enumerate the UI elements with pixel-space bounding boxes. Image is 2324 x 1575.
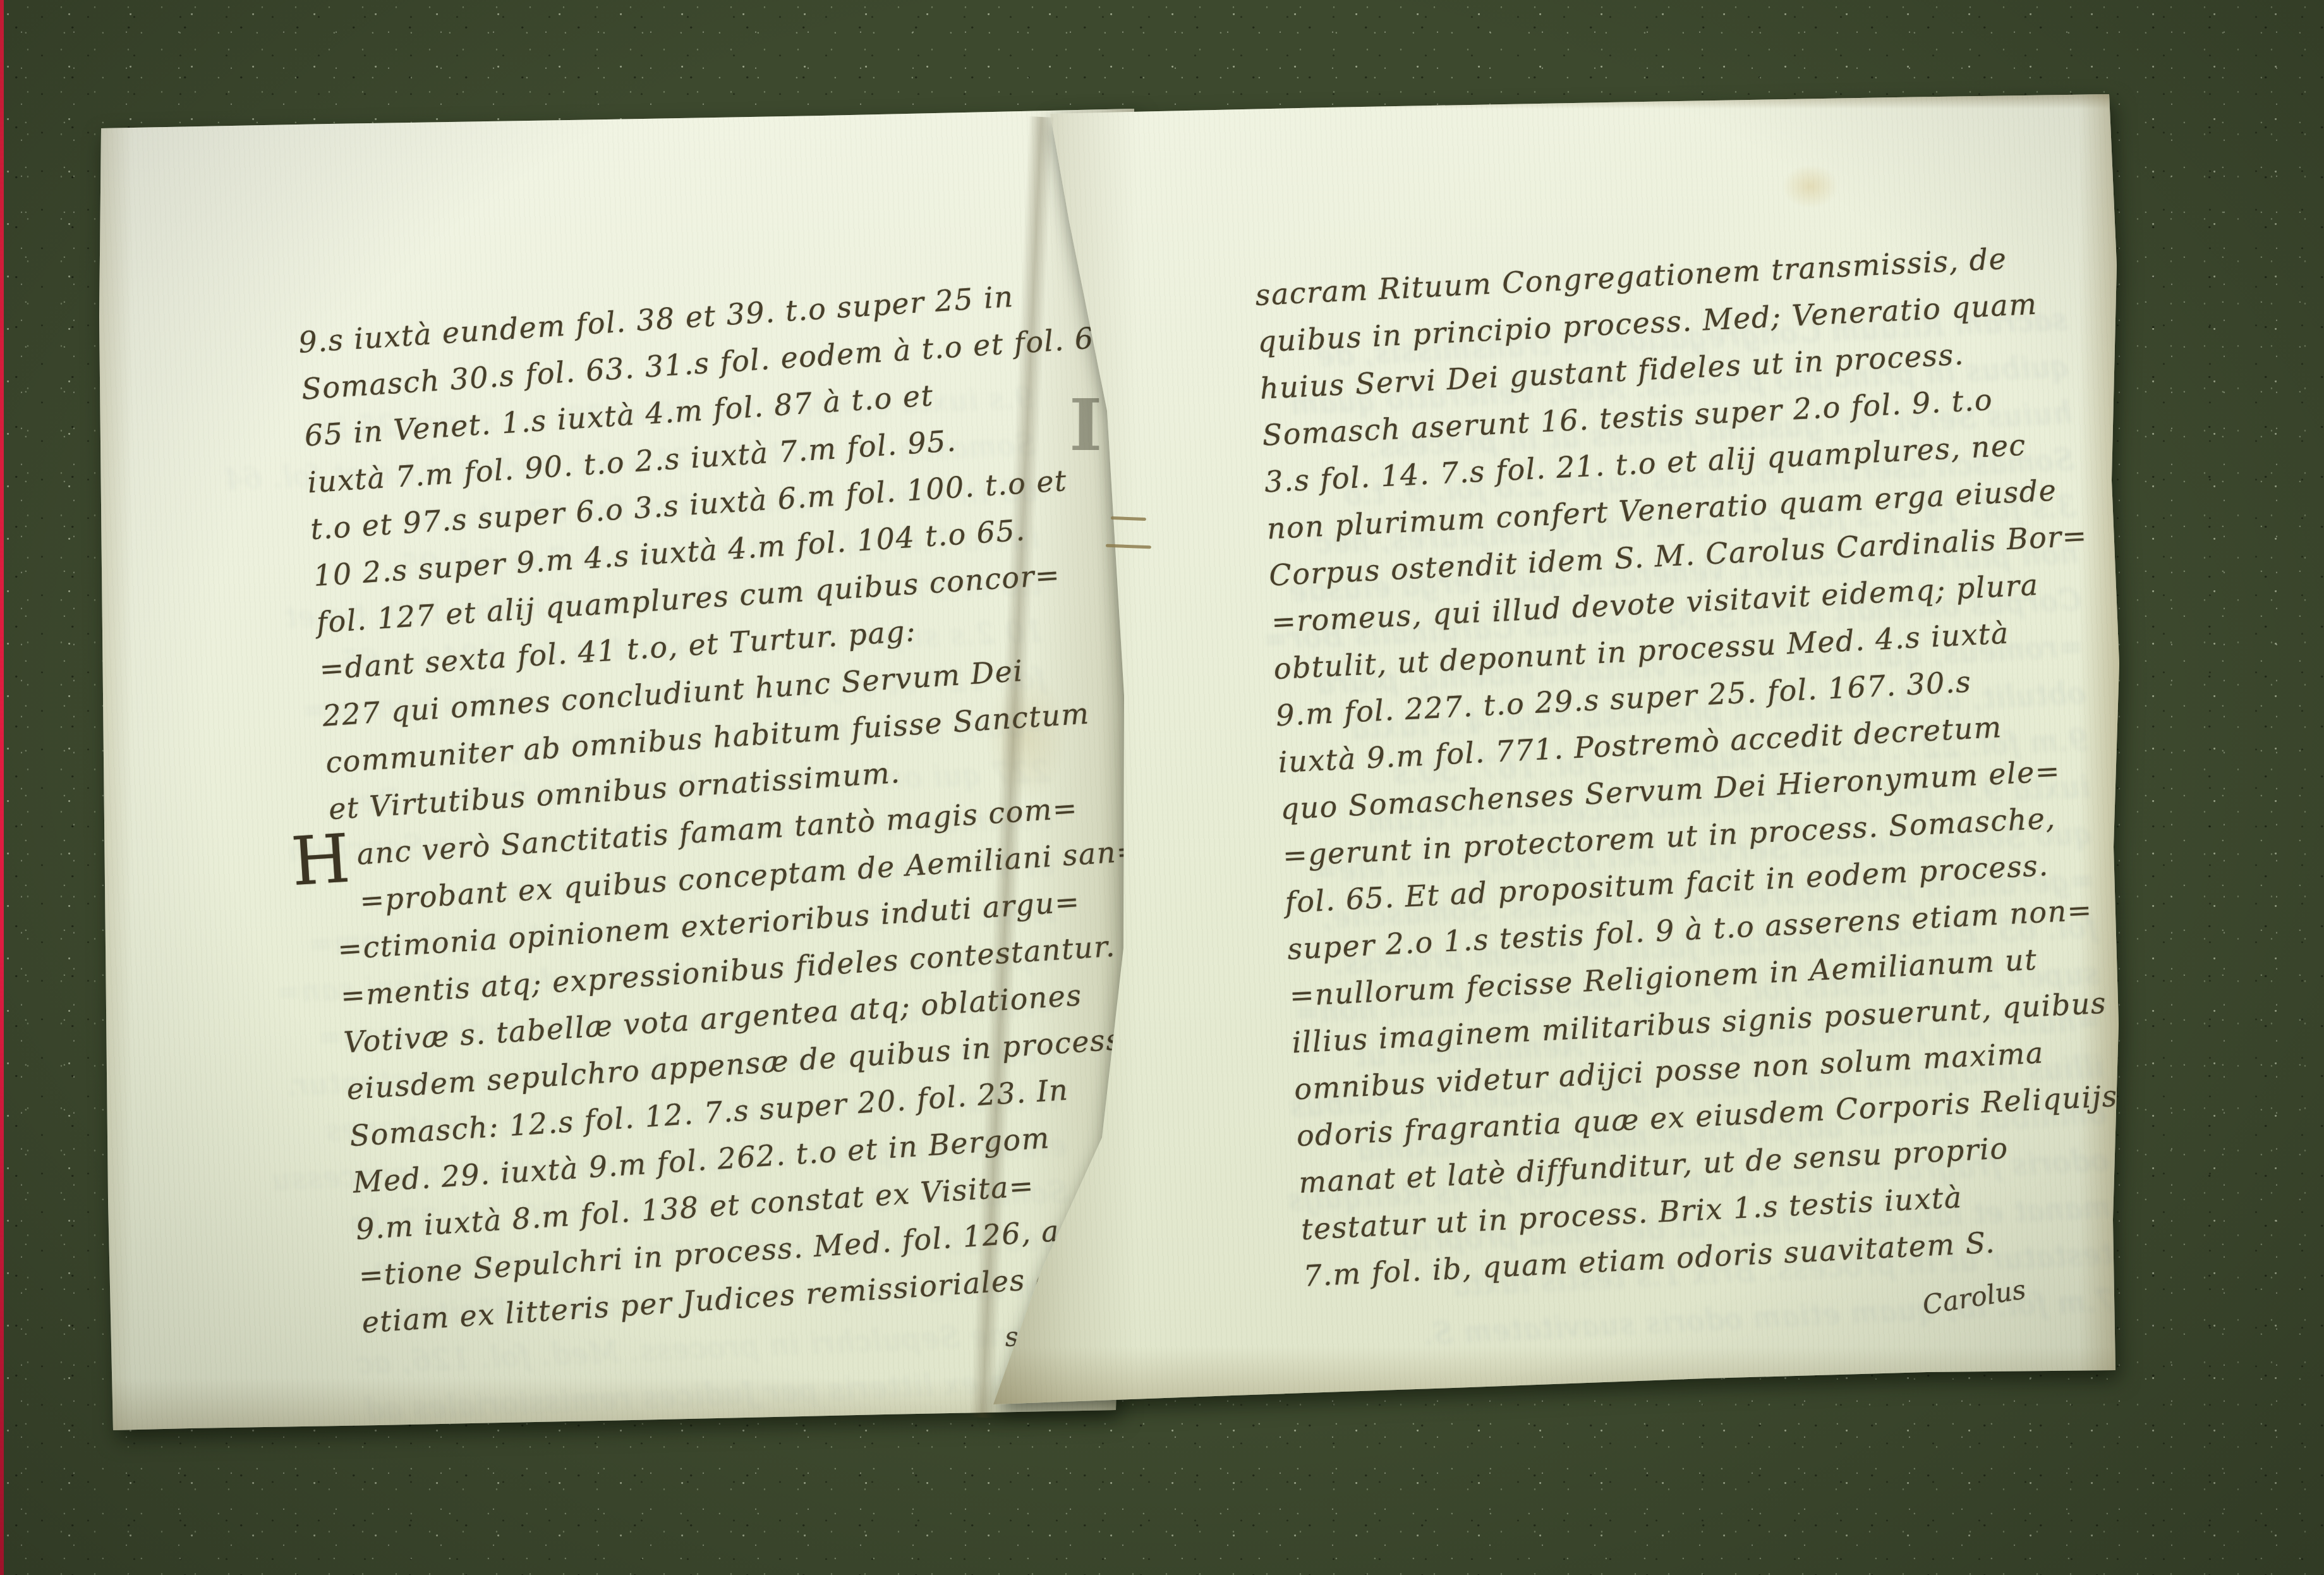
manuscript-photo: 9.s iuxtà eundem fol. 38 et 39. t.o supe… bbox=[0, 0, 2324, 1575]
photo-vignette bbox=[0, 0, 2324, 1575]
